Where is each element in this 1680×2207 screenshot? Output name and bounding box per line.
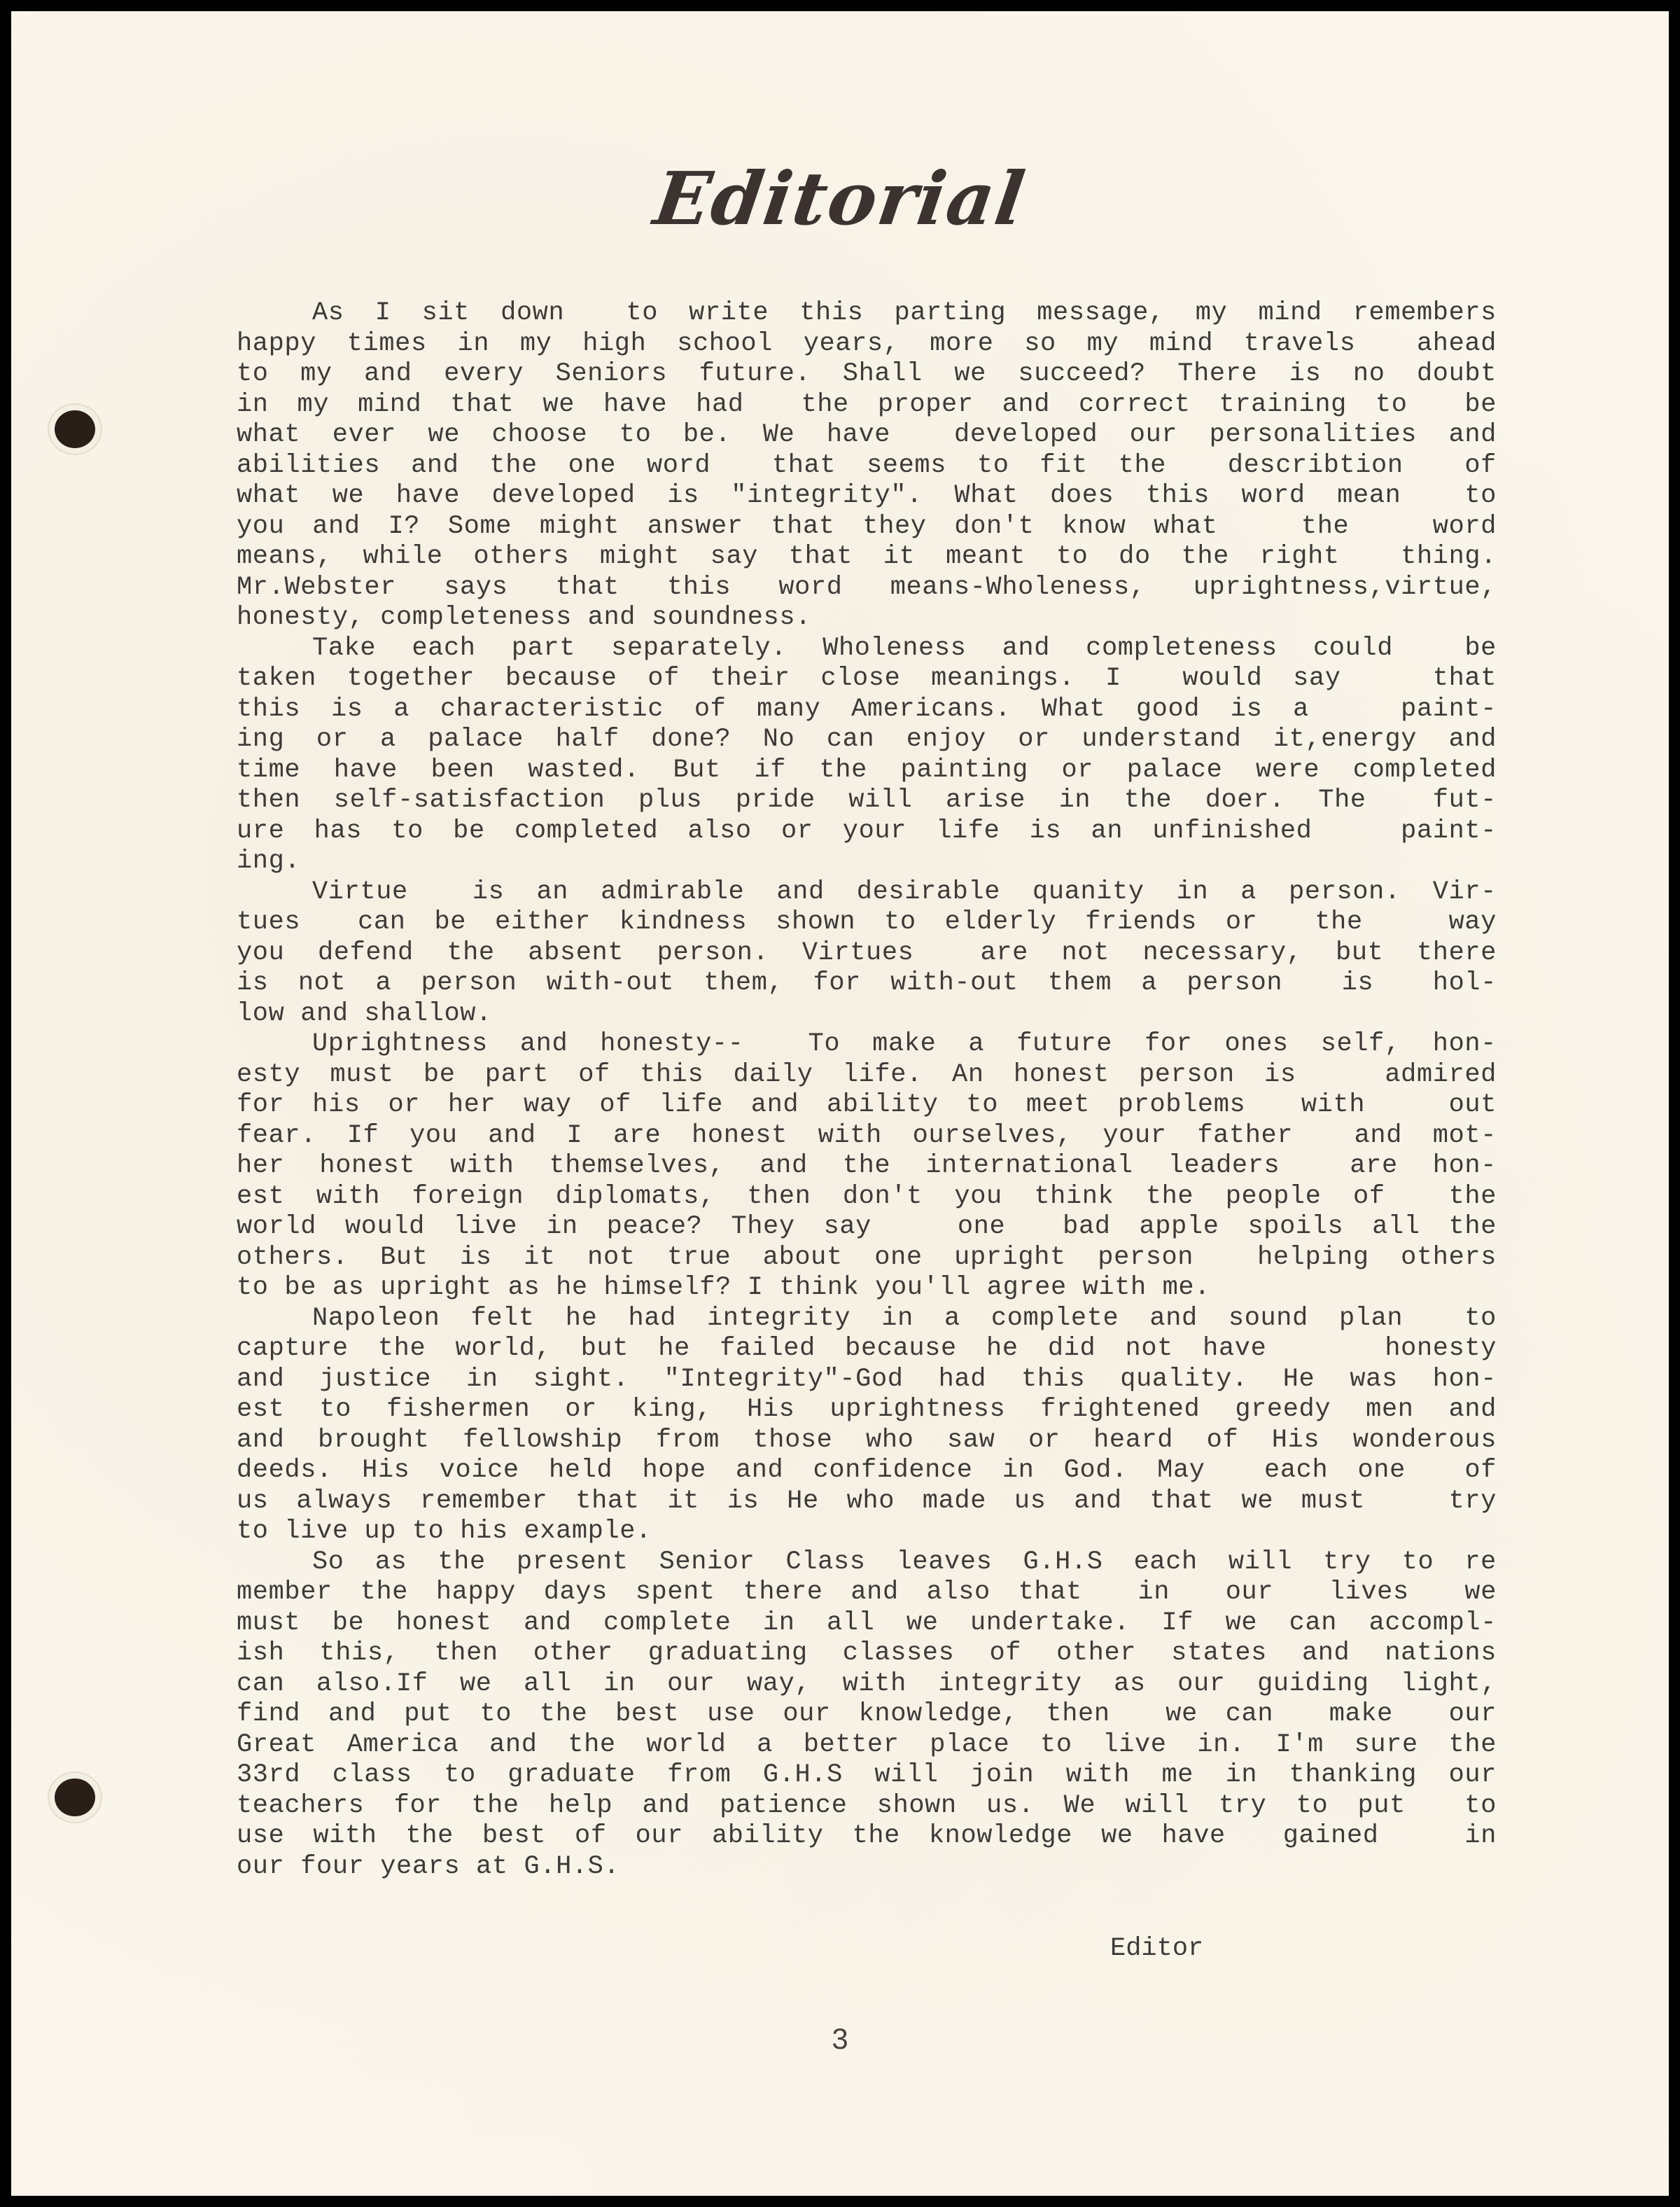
text-line: happy times in my high school years, mor… [237, 329, 1497, 360]
signature: Editor [1110, 1934, 1203, 1963]
punch-hole-bottom [55, 1778, 95, 1816]
text-line: us always remember that it is He who mad… [237, 1487, 1497, 1517]
punch-hole-top [55, 410, 95, 448]
text-line: use with the best of our ability the kno… [237, 1821, 1497, 1852]
text-line: tues can be either kindness shown to eld… [237, 907, 1497, 938]
text-line: Mr.Webster says that this word means-Who… [237, 573, 1497, 604]
text-line: to live up to his example. [237, 1517, 1497, 1547]
text-line: for his or her way of life and ability t… [237, 1090, 1497, 1121]
text-line: what ever we choose to be. We have devel… [237, 420, 1497, 451]
text-line: must be honest and complete in all we un… [237, 1608, 1497, 1639]
text-line: her honest with themselves, and the inte… [237, 1151, 1497, 1182]
text-line: and justice in sight. "Integrity"-God ha… [237, 1365, 1497, 1395]
text-line: honesty, completeness and soundness. [237, 603, 1497, 634]
text-line: ing or a palace half done? No can enjoy … [237, 725, 1497, 756]
text-line: deeds. His voice held hope and confidenc… [237, 1456, 1497, 1487]
text-line: Napoleon felt he had integrity in a comp… [237, 1304, 1497, 1335]
text-line: to be as upright as he himself? I think … [237, 1273, 1497, 1304]
editorial-body: As I sit down to write this parting mess… [237, 298, 1497, 1882]
text-line: member the happy days spent there and al… [237, 1578, 1497, 1608]
text-line: 33rd class to graduate from G.H.S will j… [237, 1760, 1497, 1791]
text-line: what we have developed is "integrity". W… [237, 481, 1497, 512]
text-line: you defend the absent person. Virtues ar… [237, 938, 1497, 969]
text-line: teachers for the help and patience shown… [237, 1791, 1497, 1822]
editorial-title: Editorial [0, 155, 1680, 242]
text-line: capture the world, but he failed because… [237, 1334, 1497, 1365]
text-line: Great America and the world a better pla… [237, 1730, 1497, 1761]
text-line: world would live in peace? They say one … [237, 1212, 1497, 1243]
paragraph: As I sit down to write this parting mess… [237, 298, 1497, 634]
text-line: Uprightness and honesty-- To make a futu… [237, 1029, 1497, 1060]
text-line: fear. If you and I are honest with ourse… [237, 1121, 1497, 1152]
text-line: is not a person with-out them, for with-… [237, 968, 1497, 999]
text-line: est with foreign diplomats, then don't y… [237, 1182, 1497, 1213]
text-line: and brought fellowship from those who sa… [237, 1426, 1497, 1456]
text-line: abilities and the one word that seems to… [237, 451, 1497, 482]
text-line: to my and every Seniors future. Shall we… [237, 359, 1497, 390]
page-number: 3 [0, 2022, 1680, 2056]
text-line: Virtue is an admirable and desirable qua… [237, 877, 1497, 908]
text-line: others. But is it not true about one upr… [237, 1243, 1497, 1274]
text-line: this is a characteristic of many America… [237, 695, 1497, 725]
text-line: taken together because of their close me… [237, 664, 1497, 695]
text-line: find and put to the best use our knowled… [237, 1699, 1497, 1730]
text-line: As I sit down to write this parting mess… [237, 298, 1497, 329]
text-line: So as the present Senior Class leaves G.… [237, 1547, 1497, 1578]
text-line: our four years at G.H.S. [237, 1852, 1497, 1883]
text-line: low and shallow. [237, 999, 1497, 1030]
text-line: ure has to be completed also or your lif… [237, 816, 1497, 847]
text-line: Take each part separately. Wholeness and… [237, 634, 1497, 664]
paragraph: Virtue is an admirable and desirable qua… [237, 877, 1497, 1030]
text-line: means, while others might say that it me… [237, 542, 1497, 573]
paragraph: Take each part separately. Wholeness and… [237, 634, 1497, 877]
text-line: time have been wasted. But if the painti… [237, 756, 1497, 786]
text-line: ing. [237, 847, 1497, 877]
paragraph: Uprightness and honesty-- To make a futu… [237, 1029, 1497, 1304]
text-line: est to fishermen or king, His uprightnes… [237, 1395, 1497, 1426]
text-line: you and I? Some might answer that they d… [237, 512, 1497, 543]
text-line: esty must be part of this daily life. An… [237, 1060, 1497, 1091]
paragraph: So as the present Senior Class leaves G.… [237, 1547, 1497, 1883]
paragraph: Napoleon felt he had integrity in a comp… [237, 1304, 1497, 1547]
text-line: ish this, then other graduating classes … [237, 1638, 1497, 1669]
text-line: then self-satisfaction plus pride will a… [237, 786, 1497, 816]
text-line: in my mind that we have had the proper a… [237, 390, 1497, 421]
text-line: can also.If we all in our way, with inte… [237, 1669, 1497, 1700]
